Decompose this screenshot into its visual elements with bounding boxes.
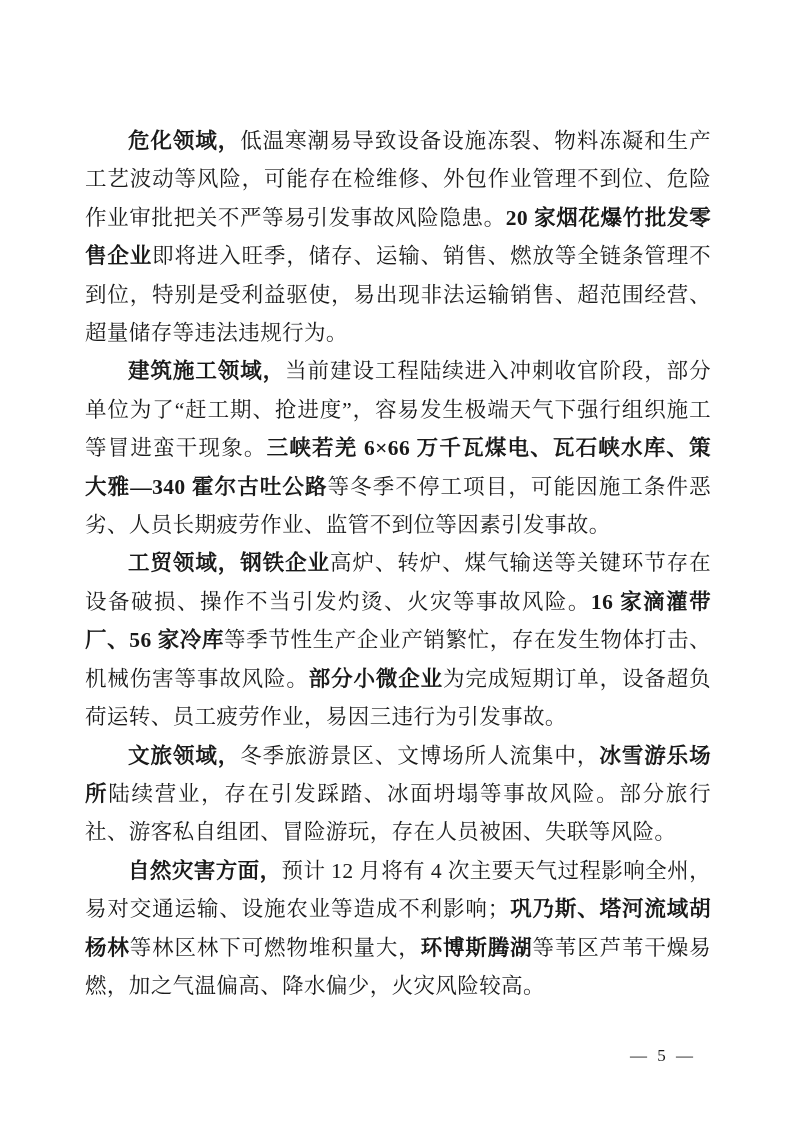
emphasis-text-run: 环博斯腾湖 <box>421 936 533 960</box>
emphasis-text-run: 文旅领域， <box>128 744 240 768</box>
emphasis-text-run: 建筑施工领域， <box>128 359 285 383</box>
paragraph: 自然灾害方面，预计 12 月将有 4 次主要天气过程影响全州，易对交通运输、设施… <box>85 852 711 1006</box>
document-body: 危化领域，低温寒潮易导致设备设施冻裂、物料冻凝和生产工艺波动等风险，可能存在检维… <box>85 122 711 1005</box>
text-run: 等林区林下可燃物堆积量大， <box>130 936 421 960</box>
emphasis-text-run: 自然灾害方面， <box>128 859 282 883</box>
text-run: 冬季旅游景区、文博场所人流集中， <box>240 744 599 768</box>
document-page: 危化领域，低温寒潮易导致设备设施冻裂、物料冻凝和生产工艺波动等风险，可能存在检维… <box>0 0 793 1122</box>
paragraph: 文旅领域，冬季旅游景区、文博场所人流集中，冰雪游乐场所陆续营业，存在引发踩踏、冰… <box>85 737 711 852</box>
text-run: 陆续营业，存在引发踩踏、冰面坍塌等事故风险。部分旅行社、游客私自组团、冒险游玩，… <box>85 782 711 844</box>
emphasis-text-run: 工贸领域，钢铁企业 <box>128 551 330 575</box>
emphasis-text-run: 部分小微企业 <box>309 667 443 691</box>
paragraph: 危化领域，低温寒潮易导致设备设施冻裂、物料冻凝和生产工艺波动等风险，可能存在检维… <box>85 122 711 352</box>
paragraph: 工贸领域，钢铁企业高炉、转炉、煤气输送等关键环节存在设备破损、操作不当引发灼烫、… <box>85 544 711 736</box>
paragraph: 建筑施工领域，当前建设工程陆续进入冲刺收官阶段，部分单位为了“赶工期、抢进度”，… <box>85 352 711 544</box>
emphasis-text-run: 危化领域， <box>128 129 240 153</box>
page-number: — 5 — <box>630 1046 696 1066</box>
text-run: 即将进入旺季，储存、运输、销售、燃放等全链条管理不到位，特别是受利益驱使，易出现… <box>85 244 711 345</box>
